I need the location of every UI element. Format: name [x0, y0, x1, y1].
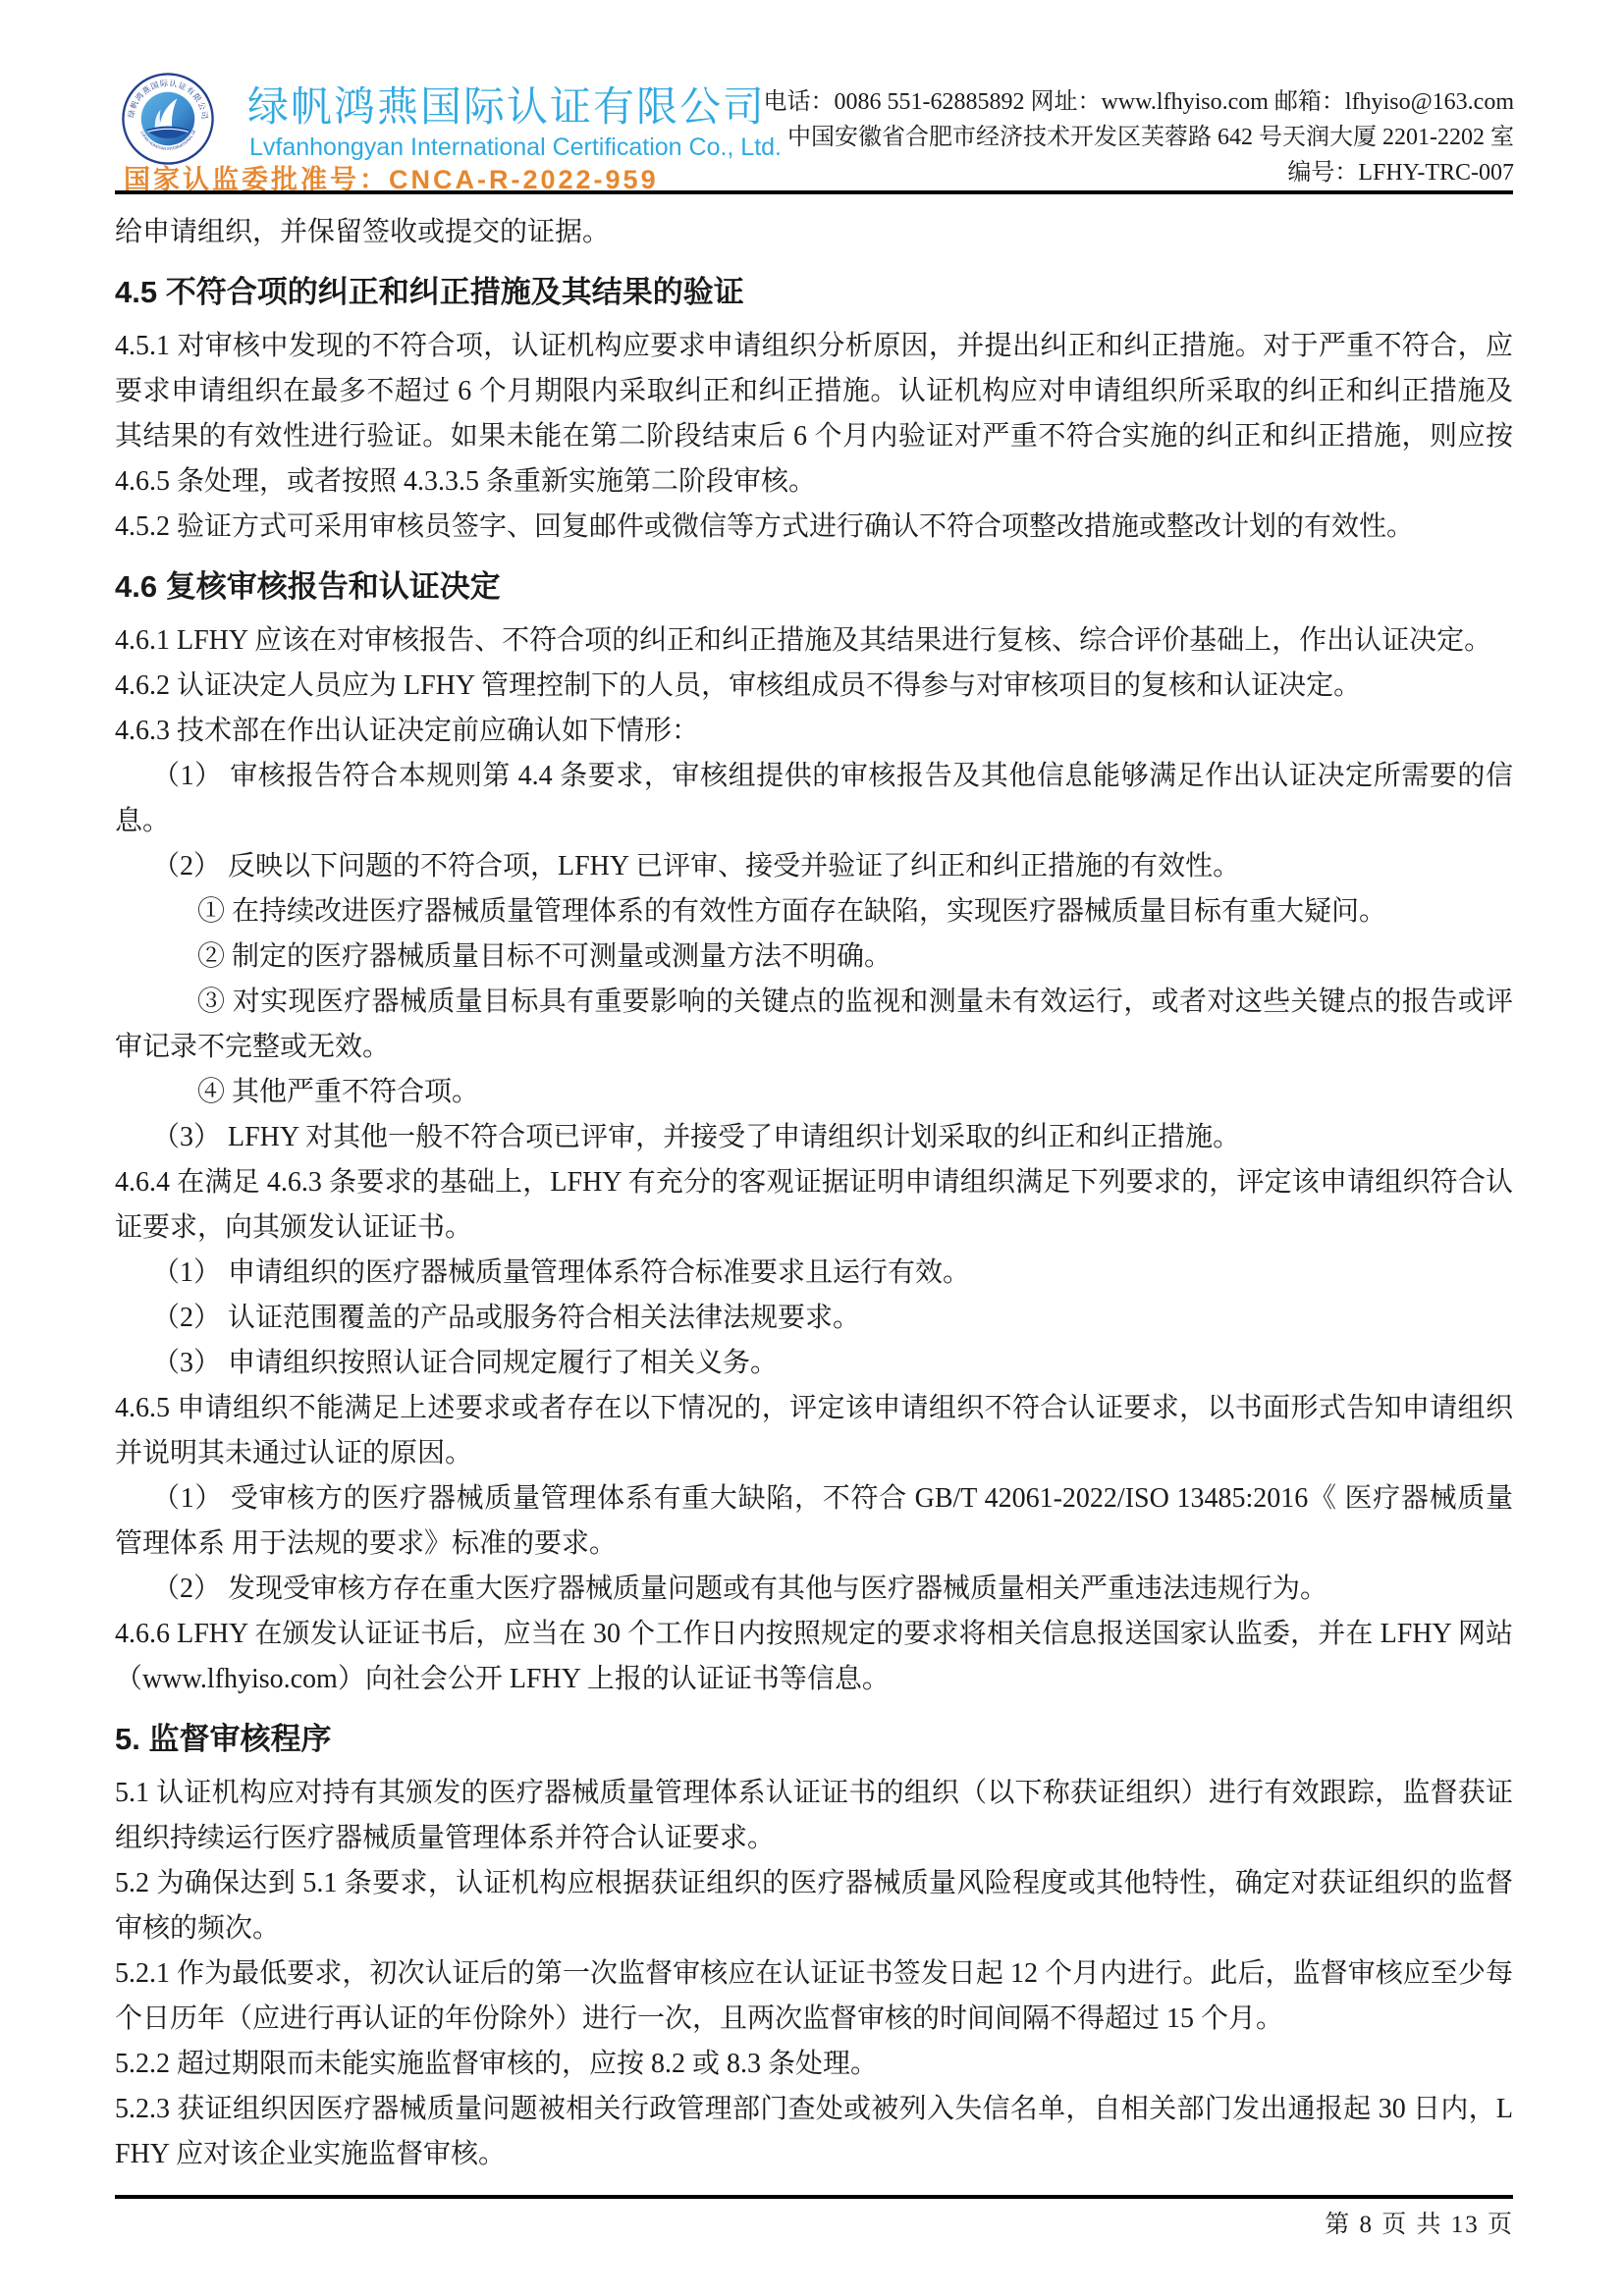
paragraph: 4.6.3 技术部在作出认证决定前应确认如下情形：	[115, 709, 1513, 754]
paragraph: 5.2 为确保达到 5.1 条要求，认证机构应根据获证组织的医疗器械质量风险程度…	[115, 1861, 1513, 1951]
paragraph: （2） 认证范围覆盖的产品或服务符合相关法律法规要求。	[115, 1296, 1513, 1341]
section-heading: 5. 监督审核程序	[115, 1715, 1513, 1764]
paragraph: 4.6.2 认证决定人员应为 LFHY 管理控制下的人员，审核组成员不得参与对审…	[115, 664, 1513, 709]
company-logo sailboat-badge-icon: 绿帆鸿燕国际认证有限公司 LVFAN HONGYAN INTERNATIONAL…	[122, 73, 214, 165]
paragraph: （1） 受审核方的医疗器械质量管理体系有重大缺陷，不符合 GB/T 42061-…	[115, 1476, 1513, 1567]
document-body: 给申请组织，并保留签收或提交的证据。4.5 不符合项的纠正和纠正措施及其结果的验…	[115, 210, 1513, 2177]
paragraph: （3） 申请组织按照认证合同规定履行了相关义务。	[115, 1341, 1513, 1386]
header-divider	[115, 190, 1513, 194]
header-contact-block: 电话：0086 551-62885892 网址：www.lfhyiso.com …	[763, 84, 1514, 190]
document-page: 绿帆鸿燕国际认证有限公司 LVFAN HONGYAN INTERNATIONAL…	[0, 0, 1624, 2296]
paragraph: ① 在持续改进医疗器械质量管理体系的有效性方面存在缺陷，实现医疗器械质量目标有重…	[115, 889, 1513, 934]
paragraph: ④ 其他严重不符合项。	[115, 1070, 1513, 1115]
paragraph: 5.1 认证机构应对持有其颁发的医疗器械质量管理体系认证证书的组织（以下称获证组…	[115, 1771, 1513, 1861]
paragraph: 4.6.6 LFHY 在颁发认证证书后，应当在 30 个工作日内按照规定的要求将…	[115, 1612, 1513, 1702]
paragraph: ② 制定的医疗器械质量目标不可测量或测量方法不明确。	[115, 934, 1513, 980]
paragraph: （2） 反映以下问题的不符合项，LFHY 已评审、接受并验证了纠正和纠正措施的有…	[115, 844, 1513, 889]
page-number: 第 8 页 共 13 页	[1325, 2205, 1514, 2240]
paragraph: 4.5.1 对审核中发现的不符合项，认证机构应要求申请组织分析原因，并提出纠正和…	[115, 324, 1513, 505]
section-heading: 4.5 不符合项的纠正和纠正措施及其结果的验证	[115, 268, 1513, 317]
paragraph: （3） LFHY 对其他一般不符合项已评审，并接受了申请组织计划采取的纠正和纠正…	[115, 1115, 1513, 1160]
paragraph: 4.5.2 验证方式可采用审核员签字、回复邮件或微信等方式进行确认不符合项整改措…	[115, 505, 1513, 550]
paragraph: 4.6.4 在满足 4.6.3 条要求的基础上，LFHY 有充分的客观证据证明申…	[115, 1160, 1513, 1251]
paragraph: （1） 申请组织的医疗器械质量管理体系符合标准要求且运行有效。	[115, 1251, 1513, 1296]
paragraph: 4.6.1 LFHY 应该在对审核报告、不符合项的纠正和纠正措施及其结果进行复核…	[115, 618, 1513, 664]
paragraph: （2） 发现受审核方存在重大医疗器械质量问题或有其他与医疗器械质量相关严重违法违…	[115, 1567, 1513, 1612]
document-number: 编号：LFHY-TRC-007	[763, 155, 1514, 190]
paragraph: （1） 审核报告符合本规则第 4.4 条要求，审核组提供的审核报告及其他信息能够…	[115, 754, 1513, 844]
section-heading: 4.6 复核审核报告和认证决定	[115, 562, 1513, 612]
paragraph: 5.2.1 作为最低要求，初次认证后的第一次监督审核应在认证证书签发日起 12 …	[115, 1951, 1513, 2042]
paragraph: 4.6.5 申请组织不能满足上述要求或者存在以下情况的，评定该申请组织不符合认证…	[115, 1386, 1513, 1476]
company-name-cn: 绿帆鸿燕国际认证有限公司	[247, 75, 766, 133]
footer-divider	[115, 2195, 1513, 2199]
paragraph: ③ 对实现医疗器械质量目标具有重要影响的关键点的监视和测量未有效运行，或者对这些…	[115, 980, 1513, 1070]
paragraph: 给申请组织，并保留签收或提交的证据。	[115, 210, 1513, 255]
paragraph: 5.2.2 超过期限而未能实施监督审核的，应按 8.2 或 8.3 条处理。	[115, 2042, 1513, 2087]
contact-line-phone-web-mail: 电话：0086 551-62885892 网址：www.lfhyiso.com …	[763, 84, 1514, 120]
contact-line-address: 中国安徽省合肥市经济技术开发区芙蓉路 642 号天润大厦 2201-2202 室	[763, 120, 1514, 155]
paragraph: 5.2.3 获证组织因医疗器械质量问题被相关行政管理部门查处或被列入失信名单，自…	[115, 2087, 1513, 2177]
